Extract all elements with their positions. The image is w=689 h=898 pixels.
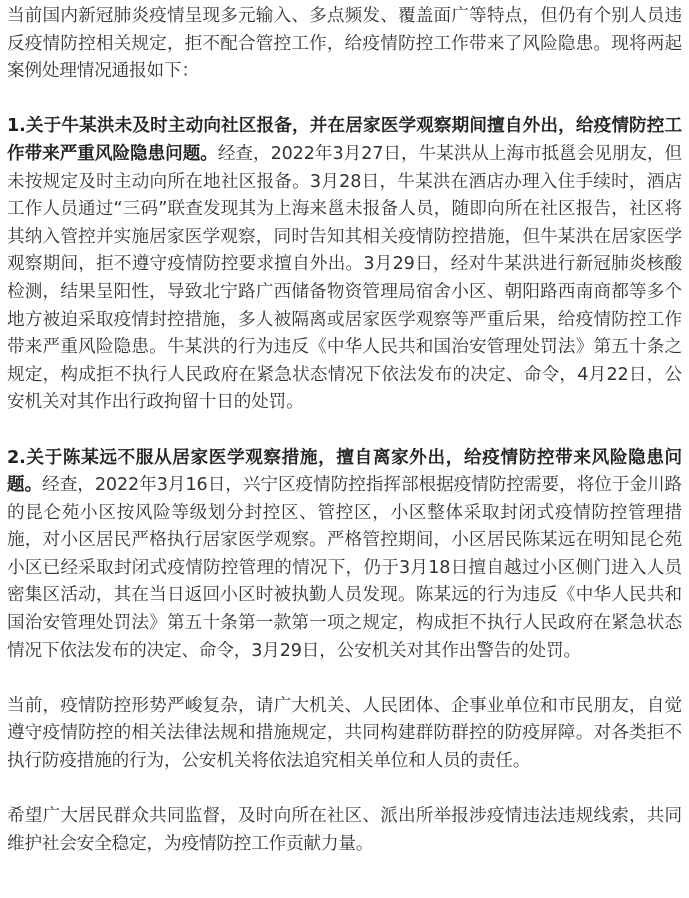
paragraph-spacer [7, 86, 682, 114]
paragraph-spacer [7, 776, 682, 804]
case-1-paragraph: 1.关于牛某洪未及时主动向社区报备，并在居家医学观察期间擅自外出，给疫情防控工作… [7, 113, 682, 417]
closing-paragraph: 希望广大居民群众共同监督，及时向所在社区、派出所举报涉疫情违法违规线索，共同维护… [7, 803, 682, 858]
article-body: 当前国内新冠肺炎疫情呈现多元输入、多点频发、覆盖面广等特点，但仍有个别人员违反疫… [0, 0, 689, 858]
intro-paragraph: 当前国内新冠肺炎疫情呈现多元输入、多点频发、覆盖面广等特点，但仍有个别人员违反疫… [7, 3, 682, 86]
paragraph-spacer [7, 417, 682, 445]
case-1-body: 经查，2022年3月27日，牛某洪从上海市抵邕会见朋友，但未按规定及时主动向所在… [7, 144, 682, 412]
paragraph-spacer [7, 665, 682, 693]
appeal-paragraph: 当前，疫情防控形势严峻复杂，请广大机关、人民团体、企事业单位和市民朋友，自觉遵守… [7, 693, 682, 776]
case-2-body: 经查，2022年3月16日，兴宁区疫情防控指挥部根据疫情防控需要，将位于金川路的… [7, 475, 682, 661]
case-2-paragraph: 2.关于陈某远不服从居家医学观察措施，擅自离家外出，给疫情防控带来风险隐患问题。… [7, 445, 682, 666]
